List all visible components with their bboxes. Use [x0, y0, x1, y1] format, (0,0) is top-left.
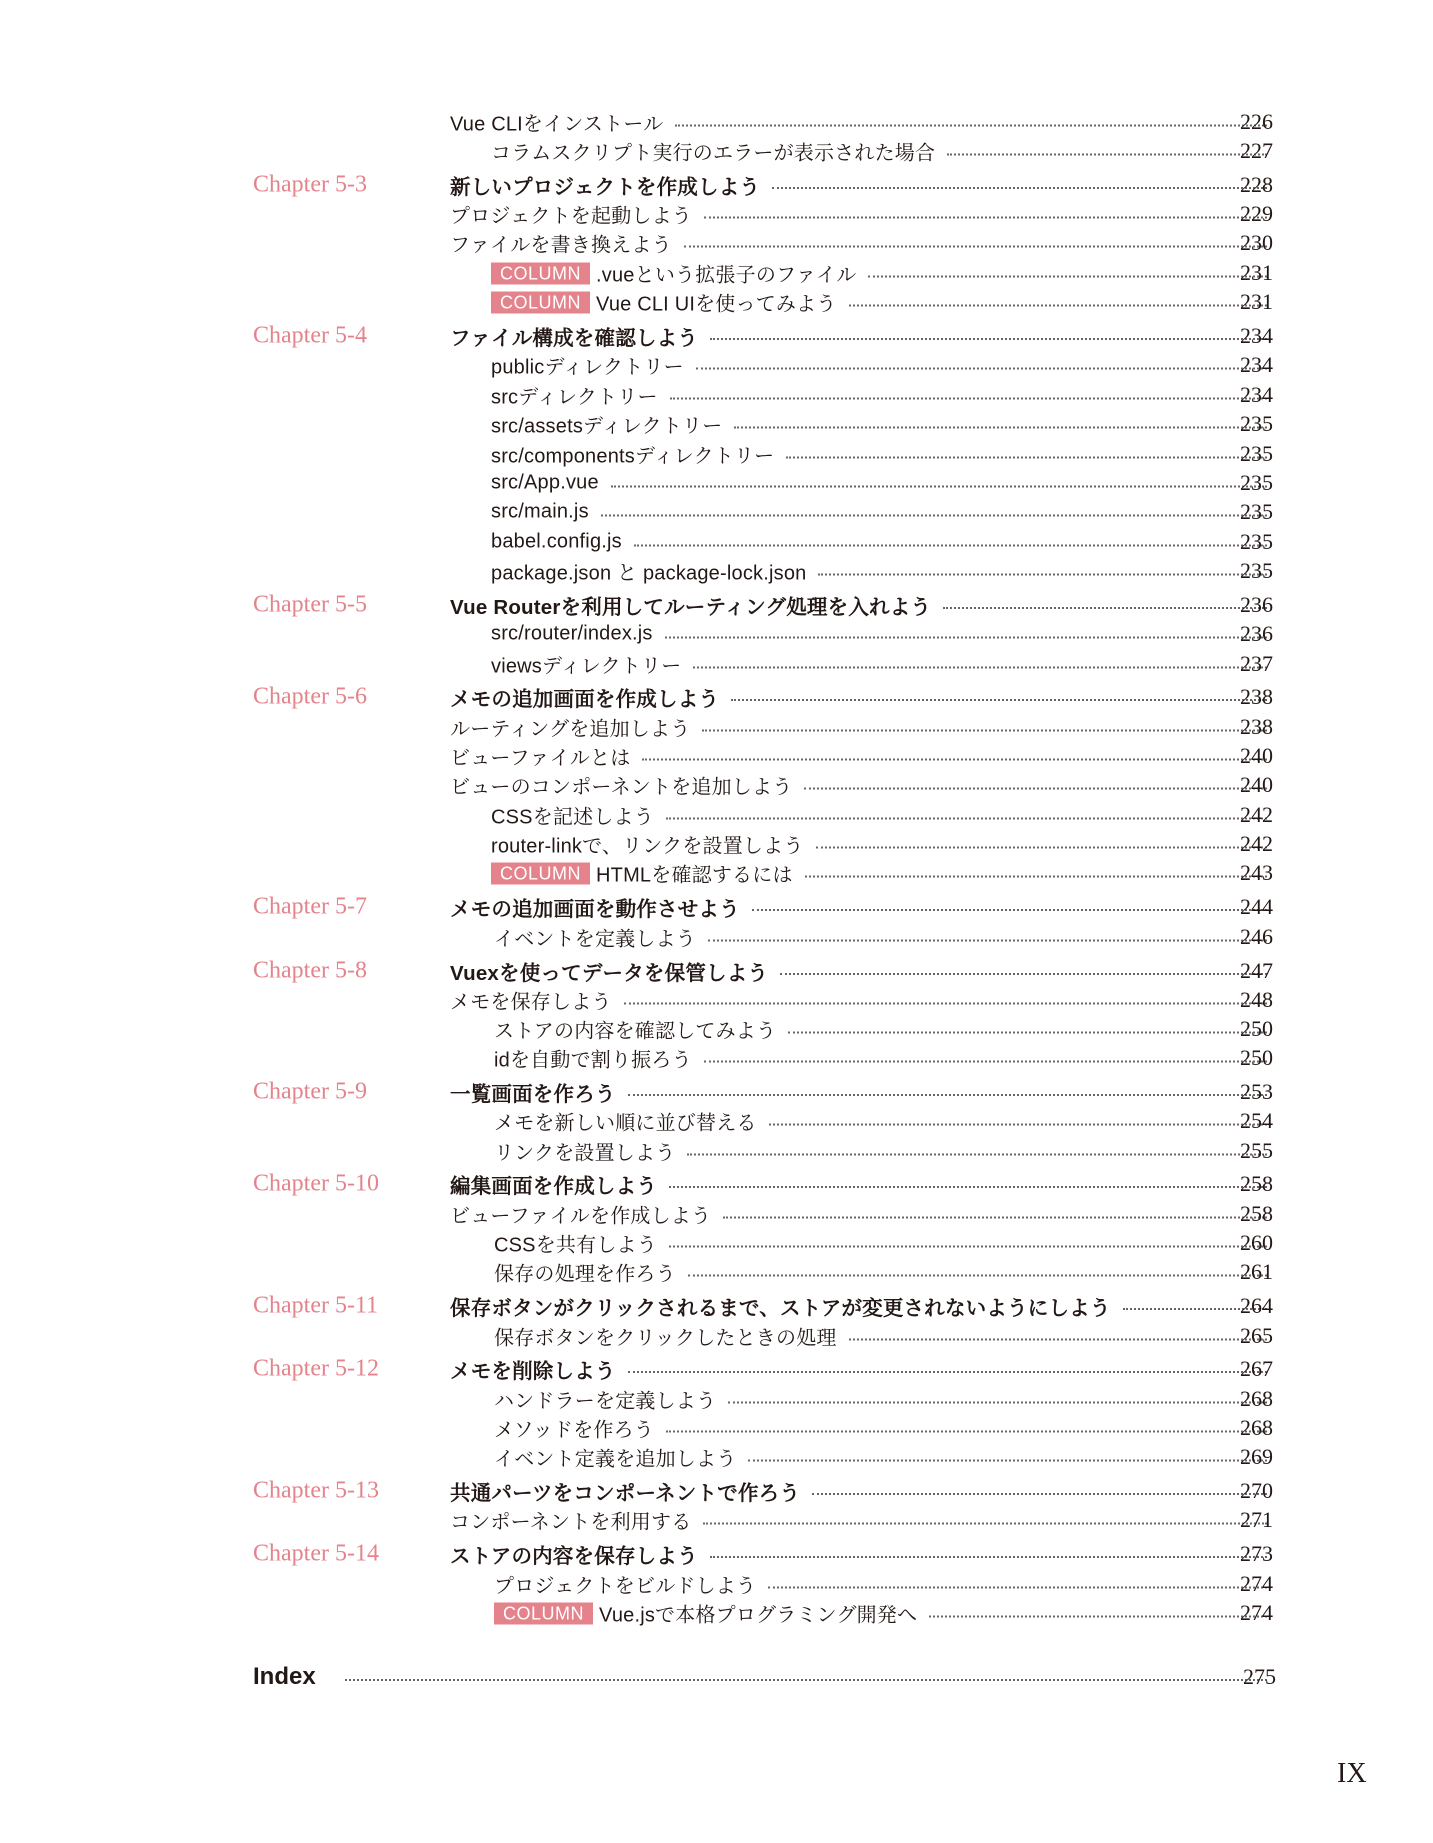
page-number: 267: [1240, 1356, 1273, 1382]
entry-title: プロジェクトを起動しよう: [450, 200, 692, 229]
entry-title: 編集画面を作成しよう: [450, 1169, 657, 1199]
page-number: 230: [1240, 230, 1273, 256]
entry-content: 保存ボタンがクリックされるまで、ストアが変更されないようにしよう: [450, 1291, 1273, 1321]
entry-title: ルーティングを追加しよう: [450, 713, 690, 742]
page-number: 250: [1240, 1045, 1273, 1071]
toc-chapter-entry[interactable]: Chapter 5-10編集画面を作成しよう258: [0, 1169, 1433, 1199]
toc-entry[interactable]: CSSを共有しよう260: [0, 1228, 1433, 1258]
page-number: 242: [1240, 831, 1273, 857]
entry-content: 新しいプロジェクトを作成しよう: [450, 170, 1273, 200]
page-number: 261: [1240, 1259, 1273, 1285]
toc-entry[interactable]: router-linkで、リンクを設置しよう242: [0, 829, 1433, 859]
dot-leader: [929, 1615, 1267, 1617]
entry-title: メモの追加画面を動作させよう: [450, 892, 740, 922]
dot-leader: [702, 729, 1267, 731]
chapter-label: Chapter 5-10: [253, 1171, 379, 1198]
entry-title: コンポーネントを利用する: [450, 1506, 691, 1535]
entry-title: viewsディレクトリー: [491, 650, 681, 679]
entry-content: コンポーネントを利用する: [450, 1506, 1273, 1535]
entry-title: イベントを定義しよう: [494, 923, 696, 952]
page-number: 268: [1240, 1415, 1273, 1441]
entry-title: メソッドを作ろう: [494, 1414, 654, 1443]
entry-content: ファイル構成を確認しよう: [450, 321, 1273, 351]
entry-content: viewsディレクトリー: [491, 650, 1273, 679]
entry-content: メモの追加画面を動作させよう: [450, 892, 1273, 922]
entry-content: メモを削除しよう: [450, 1354, 1273, 1384]
index-page-number: 275: [1243, 1664, 1276, 1690]
dot-leader: [704, 216, 1267, 218]
toc-chapter-entry[interactable]: Chapter 5-11保存ボタンがクリックされるまで、ストアが変更されないよう…: [0, 1291, 1433, 1321]
toc-entry[interactable]: COLUMNVue CLI UIを使ってみよう231: [0, 287, 1433, 317]
page-number: 226: [1240, 109, 1273, 135]
entry-title: src/assetsディレクトリー: [491, 410, 722, 439]
entry-content: src/assetsディレクトリー: [491, 410, 1273, 439]
entry-content: Vue CLIをインストール: [450, 108, 1273, 137]
dot-leader: [723, 1216, 1267, 1218]
toc-entry[interactable]: イベント定義を追加しよう269: [0, 1442, 1433, 1472]
page-number: 237: [1240, 651, 1273, 677]
toc-entry[interactable]: COLUMN.vueという拡張子のファイル231: [0, 258, 1433, 288]
dot-leader: [849, 1338, 1267, 1340]
toc-entry[interactable]: ビューファイルを作成しよう258: [0, 1199, 1433, 1229]
entry-title: src/router/index.js: [491, 623, 653, 646]
entry-title: 新しいプロジェクトを作成しよう: [450, 170, 760, 200]
entry-title: 共通パーツをコンポーネントで作ろう: [450, 1476, 800, 1506]
page-number: 269: [1240, 1444, 1273, 1470]
entry-content: src/componentsディレクトリー: [491, 440, 1273, 469]
column-badge: COLUMN: [491, 262, 590, 284]
dot-leader: [947, 153, 1267, 155]
entry-content: ルーティングを追加しよう: [450, 713, 1273, 742]
toc-entry[interactable]: ビューファイルとは240: [0, 741, 1433, 771]
page-number: 250: [1240, 1016, 1273, 1042]
dot-leader: [768, 1586, 1267, 1588]
toc-entry[interactable]: idを自動で割り振ろう250: [0, 1043, 1433, 1073]
entry-content: リンクを設置しよう: [494, 1137, 1273, 1166]
entry-content: メモの追加画面を作成しよう: [450, 682, 1273, 712]
entry-title: イベント定義を追加しよう: [494, 1443, 736, 1472]
chapter-label: Chapter 5-5: [253, 592, 367, 619]
toc-entry[interactable]: 保存の処理を作ろう261: [0, 1257, 1433, 1287]
dot-leader: [788, 1031, 1267, 1033]
entry-title: プロジェクトをビルドしよう: [494, 1570, 756, 1599]
page-number: 231: [1240, 260, 1273, 286]
entry-title: Vue Routerを利用してルーティング処理を入れよう: [450, 590, 931, 620]
entry-content: COLUMNHTMLを確認するには: [491, 859, 1273, 888]
chapter-label: Chapter 5-11: [253, 1293, 378, 1320]
page-number: 234: [1240, 382, 1273, 408]
page-number: 238: [1240, 684, 1273, 710]
page-number: 274: [1240, 1571, 1273, 1597]
toc-chapter-entry[interactable]: Chapter 5-5Vue Routerを利用してルーティング処理を入れよう2…: [0, 590, 1433, 620]
toc-entry[interactable]: ファイルを書き換えよう230: [0, 228, 1433, 258]
entry-content: コラムスクリプト実行のエラーが表示された場合: [491, 137, 1273, 166]
toc-chapter-entry[interactable]: Chapter 5-14ストアの内容を保存しよう273: [0, 1539, 1433, 1569]
entry-content: 一覧画面を作ろう: [450, 1077, 1273, 1107]
dot-leader: [812, 1493, 1267, 1495]
entry-content: CSSを共有しよう: [494, 1229, 1273, 1258]
chapter-label: Chapter 5-12: [253, 1356, 379, 1383]
entry-title: .vueという拡張子のファイル: [596, 259, 856, 288]
toc-entry[interactable]: ハンドラーを定義しよう268: [0, 1384, 1433, 1414]
page-number: 235: [1240, 529, 1273, 555]
page-number: 231: [1240, 289, 1273, 315]
page-number: 248: [1240, 987, 1273, 1013]
entry-content: ストアの内容を確認してみよう: [494, 1015, 1273, 1044]
page-number: 265: [1240, 1323, 1273, 1349]
dot-leader: [696, 367, 1267, 369]
page-number: 255: [1240, 1138, 1273, 1164]
index-entry[interactable]: Index 275: [0, 1662, 1433, 1692]
page-number: 253: [1240, 1079, 1273, 1105]
toc-entry[interactable]: viewsディレクトリー237: [0, 649, 1433, 679]
toc-entry[interactable]: CSSを記述しよう242: [0, 800, 1433, 830]
dot-leader: [734, 426, 1267, 428]
entry-content: ビューファイルとは: [450, 742, 1273, 771]
entry-title: 一覧画面を作ろう: [450, 1077, 616, 1107]
toc-chapter-entry[interactable]: Chapter 5-9一覧画面を作ろう253: [0, 1077, 1433, 1107]
dot-leader: [693, 666, 1267, 668]
entry-title: 保存ボタンがクリックされるまで、ストアが変更されないようにしよう: [450, 1291, 1111, 1321]
entry-content: babel.config.js: [491, 531, 1273, 554]
dot-leader: [710, 338, 1267, 340]
chapter-label: Chapter 5-4: [253, 323, 367, 350]
dot-leader: [818, 573, 1267, 575]
toc-entry[interactable]: コラムスクリプト実行のエラーが表示された場合227: [0, 136, 1433, 166]
dot-leader: [708, 939, 1267, 941]
dot-leader: [687, 1153, 1267, 1155]
dot-leader: [769, 1123, 1267, 1125]
toc-chapter-entry[interactable]: Chapter 5-4ファイル構成を確認しよう234: [0, 321, 1433, 351]
dot-leader: [675, 124, 1267, 126]
dot-leader: [728, 1401, 1267, 1403]
toc-entry[interactable]: メモを新しい順に並び替える254: [0, 1106, 1433, 1136]
page-folio: IX: [1337, 1758, 1367, 1790]
entry-title: ハンドラーを定義しよう: [494, 1385, 716, 1414]
page-number: 240: [1240, 743, 1273, 769]
page-number: 235: [1240, 470, 1273, 496]
dot-leader: [601, 514, 1267, 516]
toc-chapter-entry[interactable]: Chapter 5-6メモの追加画面を作成しよう238: [0, 682, 1433, 712]
entry-content: イベントを定義しよう: [494, 923, 1273, 952]
entry-content: 保存ボタンをクリックしたときの処理: [494, 1322, 1273, 1351]
toc-entry[interactable]: src/assetsディレクトリー235: [0, 409, 1433, 439]
entry-content: ハンドラーを定義しよう: [494, 1385, 1273, 1414]
entry-content: COLUMNVue CLI UIを使ってみよう: [491, 288, 1273, 317]
entry-title: 保存の処理を作ろう: [494, 1258, 676, 1287]
entry-content: src/main.js: [491, 501, 1273, 524]
page-number: 235: [1240, 499, 1273, 525]
page-number: 240: [1240, 772, 1273, 798]
index-leader: [333, 1676, 1273, 1678]
entry-content: 共通パーツをコンポーネントで作ろう: [450, 1476, 1273, 1506]
toc-entry[interactable]: Vue CLIをインストール226: [0, 107, 1433, 137]
page-number: 273: [1240, 1541, 1273, 1567]
toc-entry[interactable]: ルーティングを追加しよう238: [0, 712, 1433, 742]
dot-leader: [669, 1186, 1267, 1188]
chapter-label: Chapter 5-6: [253, 684, 367, 711]
entry-content: COLUMNVue.jsで本格プログラミング開発へ: [494, 1599, 1273, 1628]
dot-leader: [816, 846, 1267, 848]
entry-title: src/componentsディレクトリー: [491, 440, 774, 469]
page-number: 229: [1240, 201, 1273, 227]
dot-leader: [704, 1060, 1267, 1062]
entry-title: package.json と package-lock.json: [491, 557, 806, 586]
page-number: 268: [1240, 1386, 1273, 1412]
dot-leader: [669, 1245, 1267, 1247]
chapter-label: Chapter 5-7: [253, 894, 367, 921]
dot-leader: [665, 636, 1267, 638]
entry-content: メモを新しい順に並び替える: [494, 1107, 1273, 1136]
entry-title: CSSを記述しよう: [491, 801, 654, 830]
toc-entry[interactable]: ストアの内容を確認してみよう250: [0, 1014, 1433, 1044]
page-number: 243: [1240, 860, 1273, 886]
dot-leader: [624, 1002, 1267, 1004]
toc-entry[interactable]: コンポーネントを利用する271: [0, 1505, 1433, 1535]
entry-content: CSSを記述しよう: [491, 801, 1273, 830]
entry-title: メモを保存しよう: [450, 986, 612, 1015]
toc-entry[interactable]: ビューのコンポーネントを追加しよう240: [0, 770, 1433, 800]
page-number: 258: [1240, 1201, 1273, 1227]
dot-leader: [634, 544, 1267, 546]
toc-entry[interactable]: プロジェクトをビルドしよう274: [0, 1569, 1433, 1599]
page-number: 271: [1240, 1507, 1273, 1533]
entry-title: 保存ボタンをクリックしたときの処理: [494, 1322, 837, 1351]
toc-chapter-entry[interactable]: Chapter 5-12メモを削除しよう267: [0, 1354, 1433, 1384]
column-badge: COLUMN: [494, 1602, 593, 1624]
entry-title: メモを新しい順に並び替える: [494, 1107, 757, 1136]
entry-title: Vuexを使ってデータを保管しよう: [450, 956, 768, 986]
entry-title: ビューファイルとは: [450, 742, 630, 771]
entry-content: Vue Routerを利用してルーティング処理を入れよう: [450, 590, 1273, 620]
entry-title: srcディレクトリー: [491, 381, 658, 410]
toc-entry[interactable]: 保存ボタンをクリックしたときの処理265: [0, 1321, 1433, 1351]
entry-title: リンクを設置しよう: [494, 1137, 675, 1166]
dot-leader: [628, 1094, 1267, 1096]
chapter-label: Chapter 5-8: [253, 958, 367, 985]
entry-title: idを自動で割り振ろう: [494, 1044, 692, 1073]
entry-title: メモを削除しよう: [450, 1354, 616, 1384]
dot-leader: [670, 397, 1267, 399]
page-number: 244: [1240, 894, 1273, 920]
dot-leader: [628, 1371, 1267, 1373]
entry-content: メモを保存しよう: [450, 986, 1273, 1015]
entry-title: src/App.vue: [491, 472, 599, 495]
entry-title: publicディレクトリー: [491, 351, 684, 380]
entry-content: router-linkで、リンクを設置しよう: [491, 830, 1273, 859]
entry-title: ストアの内容を保存しよう: [450, 1539, 698, 1569]
entry-title: Vue.jsで本格プログラミング開発へ: [599, 1599, 917, 1628]
entry-content: src/App.vue: [491, 472, 1273, 495]
entry-content: イベント定義を追加しよう: [494, 1443, 1273, 1472]
entry-content: ビューファイルを作成しよう: [450, 1200, 1273, 1229]
dot-leader: [772, 187, 1267, 189]
dot-leader: [688, 1274, 1267, 1276]
column-badge: COLUMN: [491, 291, 590, 313]
page-number: 260: [1240, 1230, 1273, 1256]
dot-leader: [748, 1459, 1267, 1461]
dot-leader: [731, 699, 1267, 701]
entry-content: package.json と package-lock.json: [491, 557, 1273, 586]
entry-content: プロジェクトを起動しよう: [450, 200, 1273, 229]
entry-title: コラムスクリプト実行のエラーが表示された場合: [491, 137, 935, 166]
dot-leader: [805, 875, 1267, 877]
page-number: 235: [1240, 411, 1273, 437]
page-number: 238: [1240, 714, 1273, 740]
page-number: 234: [1240, 323, 1273, 349]
page-number: 246: [1240, 924, 1273, 950]
index-label: Index: [253, 1663, 316, 1691]
page-number: 264: [1240, 1293, 1273, 1319]
dot-leader: [345, 1679, 1267, 1681]
toc-entry[interactable]: リンクを設置しよう255: [0, 1136, 1433, 1166]
page-number: 274: [1240, 1600, 1273, 1626]
entry-title: ファイルを書き換えよう: [450, 229, 672, 258]
page-number: 228: [1240, 172, 1273, 198]
entry-content: idを自動で割り振ろう: [494, 1044, 1273, 1073]
dot-leader: [703, 1522, 1267, 1524]
toc-chapter-entry[interactable]: Chapter 5-7メモの追加画面を動作させよう244: [0, 892, 1433, 922]
toc-entry[interactable]: src/App.vue235: [0, 468, 1433, 498]
entry-content: プロジェクトをビルドしよう: [494, 1570, 1273, 1599]
page-number: 235: [1240, 558, 1273, 584]
entry-content: 保存の処理を作ろう: [494, 1258, 1273, 1287]
entry-title: ファイル構成を確認しよう: [450, 321, 698, 351]
toc-entry[interactable]: メソッドを作ろう268: [0, 1413, 1433, 1443]
dot-leader: [804, 787, 1267, 789]
dot-leader: [752, 909, 1267, 911]
entry-content: ストアの内容を保存しよう: [450, 1539, 1273, 1569]
entry-title: ビューのコンポーネントを追加しよう: [450, 771, 792, 800]
dot-leader: [943, 607, 1267, 609]
entry-title: CSSを共有しよう: [494, 1229, 657, 1258]
page-number: 234: [1240, 352, 1273, 378]
toc-chapter-entry[interactable]: Chapter 5-3新しいプロジェクトを作成しよう228: [0, 170, 1433, 200]
toc-entry[interactable]: イベントを定義しよう246: [0, 922, 1433, 952]
page-number: 236: [1240, 621, 1273, 647]
entry-content: srcディレクトリー: [491, 381, 1273, 410]
entry-content: メソッドを作ろう: [494, 1414, 1273, 1443]
page-number: 236: [1240, 592, 1273, 618]
page-number: 235: [1240, 441, 1273, 467]
entry-content: ファイルを書き換えよう: [450, 229, 1273, 258]
toc-entry[interactable]: COLUMNVue.jsで本格プログラミング開発へ274: [0, 1598, 1433, 1628]
page-number: 242: [1240, 802, 1273, 828]
entry-title: ストアの内容を確認してみよう: [494, 1015, 776, 1044]
dot-leader: [849, 304, 1268, 306]
toc-entry[interactable]: プロジェクトを起動しよう229: [0, 199, 1433, 229]
dot-leader: [868, 275, 1267, 277]
entry-title: babel.config.js: [491, 531, 622, 554]
entry-content: COLUMN.vueという拡張子のファイル: [491, 259, 1273, 288]
entry-title: ビューファイルを作成しよう: [450, 1200, 711, 1229]
dot-leader: [780, 973, 1267, 975]
toc-entry[interactable]: src/componentsディレクトリー235: [0, 439, 1433, 469]
entry-title: HTMLを確認するには: [596, 859, 793, 888]
toc-entry[interactable]: package.json と package-lock.json235: [0, 556, 1433, 586]
entry-title: Vue CLI UIを使ってみよう: [596, 288, 836, 317]
toc-entry[interactable]: src/main.js235: [0, 497, 1433, 527]
dot-leader: [611, 485, 1267, 487]
toc-chapter-entry[interactable]: Chapter 5-13共通パーツをコンポーネントで作ろう270: [0, 1476, 1433, 1506]
entry-content: 編集画面を作成しよう: [450, 1169, 1273, 1199]
entry-content: Vuexを使ってデータを保管しよう: [450, 956, 1273, 986]
toc-entry[interactable]: COLUMNHTMLを確認するには243: [0, 858, 1433, 888]
dot-leader: [710, 1556, 1267, 1558]
toc-entry[interactable]: srcディレクトリー234: [0, 380, 1433, 410]
dot-leader: [666, 817, 1267, 819]
toc-entry[interactable]: babel.config.js235: [0, 527, 1433, 557]
dot-leader: [666, 1430, 1267, 1432]
entry-content: ビューのコンポーネントを追加しよう: [450, 771, 1273, 800]
page-number: 258: [1240, 1171, 1273, 1197]
page-number: 247: [1240, 958, 1273, 984]
page-number: 270: [1240, 1478, 1273, 1504]
dot-leader: [786, 456, 1267, 458]
entry-title: src/main.js: [491, 501, 589, 524]
column-badge: COLUMN: [491, 862, 590, 884]
chapter-label: Chapter 5-13: [253, 1478, 379, 1505]
entry-title: Vue CLIをインストール: [450, 108, 663, 137]
entry-content: publicディレクトリー: [491, 351, 1273, 380]
entry-title: router-linkで、リンクを設置しよう: [491, 830, 804, 859]
page-number: 254: [1240, 1108, 1273, 1134]
dot-leader: [684, 245, 1267, 247]
entry-title: メモの追加画面を作成しよう: [450, 682, 719, 712]
page-number: 227: [1240, 138, 1273, 164]
chapter-label: Chapter 5-14: [253, 1541, 379, 1568]
toc-entry[interactable]: src/router/index.js236: [0, 619, 1433, 649]
dot-leader: [642, 758, 1267, 760]
toc-entry[interactable]: publicディレクトリー234: [0, 350, 1433, 380]
chapter-label: Chapter 5-9: [253, 1079, 367, 1106]
toc-entry[interactable]: メモを保存しよう248: [0, 985, 1433, 1015]
toc-chapter-entry[interactable]: Chapter 5-8Vuexを使ってデータを保管しよう247: [0, 956, 1433, 986]
chapter-label: Chapter 5-3: [253, 172, 367, 199]
entry-content: src/router/index.js: [491, 623, 1273, 646]
